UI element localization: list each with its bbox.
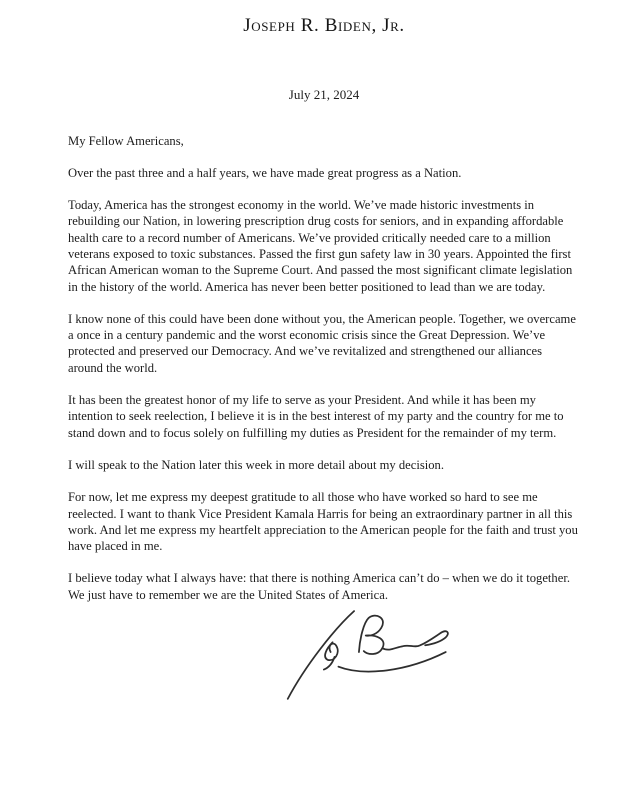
signature-ink-strokes bbox=[278, 605, 473, 703]
letter-date: July 21, 2024 bbox=[68, 87, 580, 103]
letter-paragraph: It has been the greatest honor of my lif… bbox=[68, 392, 580, 441]
signature-joe-biden bbox=[278, 605, 473, 703]
letter-paragraph: For now, let me express my deepest grati… bbox=[68, 489, 580, 554]
letter-page: Joseph R. Biden, Jr. July 21, 2024 My Fe… bbox=[0, 0, 643, 808]
letter-paragraph: Today, America has the strongest economy… bbox=[68, 197, 580, 295]
letter-paragraph: I will speak to the Nation later this we… bbox=[68, 457, 580, 473]
letter-paragraph: I know none of this could have been done… bbox=[68, 311, 580, 376]
letterhead-name: Joseph R. Biden, Jr. bbox=[68, 15, 580, 38]
letter-paragraph: I believe today what I always have: that… bbox=[68, 570, 580, 603]
salutation: My Fellow Americans, bbox=[68, 134, 580, 149]
letter-paragraph: Over the past three and a half years, we… bbox=[68, 165, 580, 181]
